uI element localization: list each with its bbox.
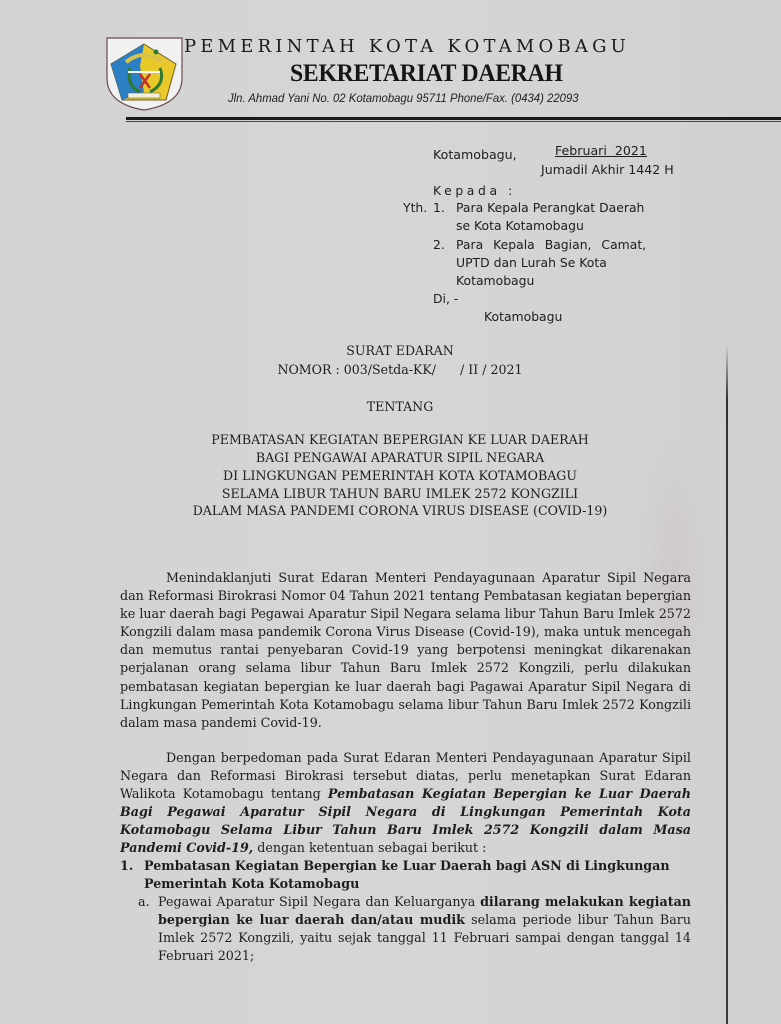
list-item-title: Pembatasan Kegiatan Bepergian ke Luar Da… xyxy=(144,857,691,893)
letterhead-divider-thin xyxy=(126,121,781,122)
government-name: PEMERINTAH KOTA KOTAMOBAGU xyxy=(184,36,644,57)
city-coat-of-arms-icon xyxy=(104,34,184,112)
kepada-label: Kepada : xyxy=(433,183,516,198)
yth-label: Yth. xyxy=(403,200,427,215)
di-label: Di, - xyxy=(433,291,458,306)
list-item-number: 1. xyxy=(120,857,133,875)
office-name: SEKRETARIAT DAERAH xyxy=(290,60,563,88)
dateline-place: Kotamobagu, xyxy=(433,147,517,162)
letter-type: SURAT EDARAN xyxy=(120,343,680,358)
recipient-line: se Kota Kotamobagu xyxy=(456,218,584,233)
body-paragraph-1: Menindaklanjuti Surat Edaran Menteri Pen… xyxy=(120,569,691,732)
sub-item-letter: a. xyxy=(138,893,150,911)
recipient-line: Para Kepala Perangkat Daerah xyxy=(456,200,644,215)
paragraph-text: Dengan berpedoman pada Surat Edaran Ment… xyxy=(120,749,691,858)
recipient-line: Kotamobagu xyxy=(456,273,534,288)
subject-line: DI LINGKUNGAN PEMERINTAH KOTA KOTAMOBAGU xyxy=(120,468,680,483)
recipient-line: UPTD dan Lurah Se Kota xyxy=(456,255,607,270)
recipient-line: Para Kepala Bagian, Camat, xyxy=(456,237,646,252)
subject-line: BAGI PENGAWAI APARATUR SIPIL NEGARA xyxy=(120,450,680,465)
dateline-hijri: Jumadil Akhir 1442 H xyxy=(541,162,674,177)
sub-item-lead: Pegawai Aparatur Sipil Negara dan Keluar… xyxy=(158,894,480,909)
dateline-gregorian: Februari 2021 xyxy=(555,143,647,158)
document-page: PEMERINTAH KOTA KOTAMOBAGU SEKRETARIAT D… xyxy=(0,0,781,1024)
subject-line: SELAMA LIBUR TAHUN BARU IMLEK 2572 KONGZ… xyxy=(120,486,680,501)
tentang-label: TENTANG xyxy=(120,399,680,414)
sub-item-text: Pegawai Aparatur Sipil Negara dan Keluar… xyxy=(158,893,691,965)
paragraph-text: Menindaklanjuti Surat Edaran Menteri Pen… xyxy=(120,569,691,732)
recipient-number: 1. xyxy=(433,200,445,215)
paragraph-tail: dengan ketentuan sebagai berikut : xyxy=(253,840,486,855)
letterhead-divider xyxy=(126,117,781,120)
sub-list-item: a. Pegawai Aparatur Sipil Negara dan Kel… xyxy=(138,893,691,965)
list-item: 1. Pembatasan Kegiatan Bepergian ke Luar… xyxy=(120,857,691,893)
page-edge-line xyxy=(726,345,728,1024)
body-paragraph-2: Dengan berpedoman pada Surat Edaran Ment… xyxy=(120,749,691,858)
subject-line: DALAM MASA PANDEMI CORONA VIRUS DISEASE … xyxy=(120,503,680,518)
addressee-location: Kotamobagu xyxy=(484,309,562,324)
letter-number: NOMOR : 003/Setda-KK/ / II / 2021 xyxy=(120,362,680,377)
subject-line: PEMBATASAN KEGIATAN BEPERGIAN KE LUAR DA… xyxy=(120,432,680,447)
office-address: Jln. Ahmad Yani No. 02 Kotamobagu 95711 … xyxy=(228,91,579,105)
recipient-number: 2. xyxy=(433,237,445,252)
